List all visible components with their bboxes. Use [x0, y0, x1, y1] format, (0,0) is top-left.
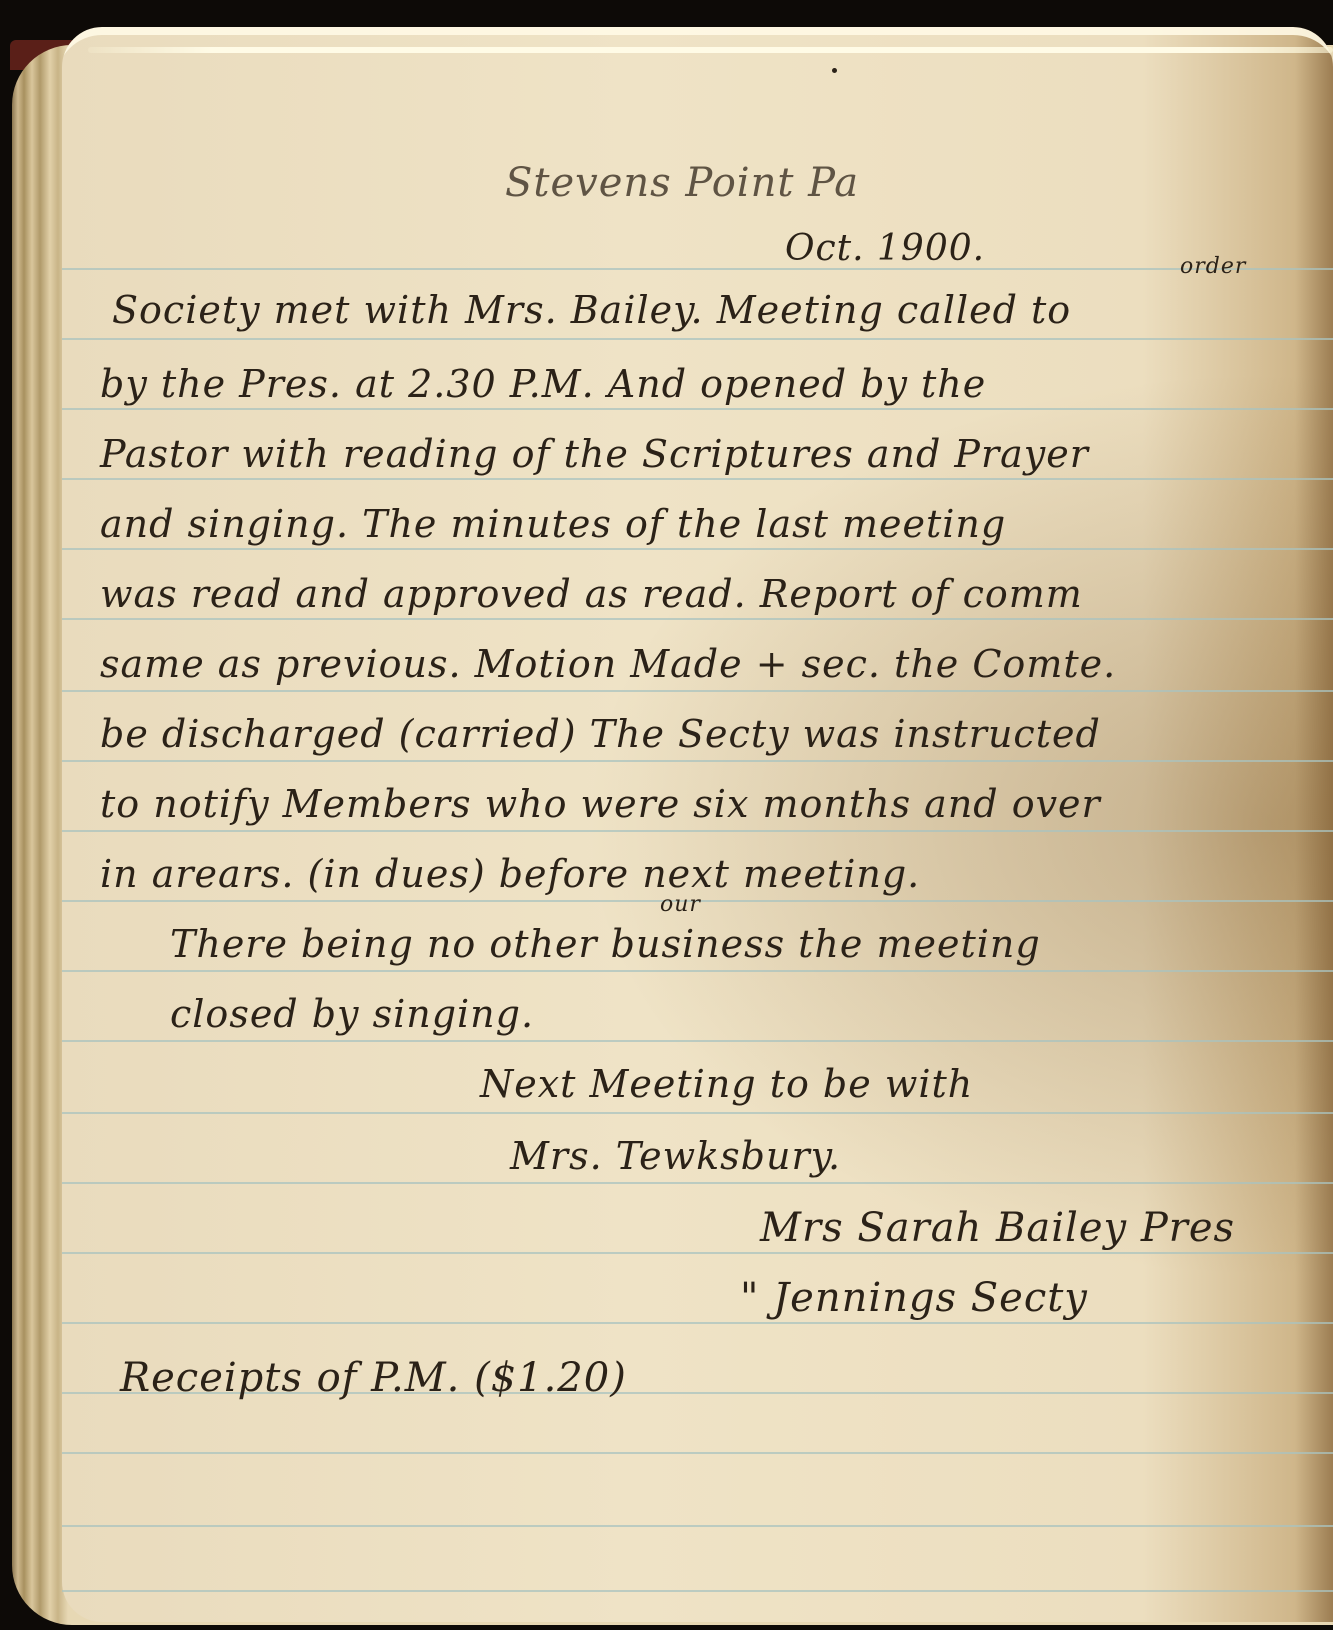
page-top-highlight: [88, 47, 1333, 53]
ruled-line: [62, 760, 1333, 762]
minutes-line-6: same as previous. Motion Made + sec. the…: [100, 642, 1116, 686]
minutes-line-12: Next Meeting to be with: [480, 1062, 973, 1106]
ruled-line: [62, 1525, 1333, 1527]
minutes-line-13: Mrs. Tewksbury.: [510, 1134, 841, 1178]
minutes-line-5: was read and approved as read. Report of…: [100, 572, 1083, 616]
minutes-line-1: Society met with Mrs. Bailey. Meeting ca…: [112, 288, 1071, 332]
signature-president: Mrs Sarah Bailey Pres: [760, 1205, 1235, 1251]
ruled-line: [62, 1252, 1333, 1254]
heading-place: Stevens Point Pa: [505, 160, 859, 206]
ruled-line: [62, 618, 1333, 620]
ruled-line: [62, 1182, 1333, 1184]
ruled-line: [62, 970, 1333, 972]
receipts-note: Receipts of P.M. ($1.20): [120, 1355, 627, 1401]
ink-dot: [832, 68, 837, 73]
ruled-line: [62, 1040, 1333, 1042]
minutes-line-9: in arears. (in dues) before next meeting…: [100, 852, 920, 896]
ruled-line: [62, 1112, 1333, 1114]
minutes-line-2: by the Pres. at 2.30 P.M. And opened by …: [100, 362, 986, 406]
ruled-line: [62, 1452, 1333, 1454]
ruled-line: [62, 408, 1333, 410]
ruled-line: [62, 1590, 1333, 1592]
ruled-line: [62, 548, 1333, 550]
ruled-line: [62, 1322, 1333, 1324]
ruled-line: [62, 478, 1333, 480]
signature-secretary: " Jennings Secty: [740, 1275, 1088, 1321]
heading-date: Oct. 1900.: [785, 228, 985, 269]
ruled-line: [62, 830, 1333, 832]
minutes-line-7: be discharged (carried) The Secty was in…: [100, 712, 1101, 756]
minutes-line-4: and singing. The minutes of the last mee…: [100, 502, 1006, 546]
insertion-order: order: [1180, 254, 1246, 279]
ruled-line: [62, 690, 1333, 692]
minutes-line-8: to notify Members who were six months an…: [100, 782, 1101, 826]
ruled-line: [62, 338, 1333, 340]
minutes-line-11: closed by singing.: [170, 992, 534, 1036]
ruled-line: [62, 268, 1333, 270]
minutes-line-3: Pastor with reading of the Scriptures an…: [100, 432, 1089, 476]
minutes-line-10: There being no other business the meetin…: [170, 922, 1041, 966]
